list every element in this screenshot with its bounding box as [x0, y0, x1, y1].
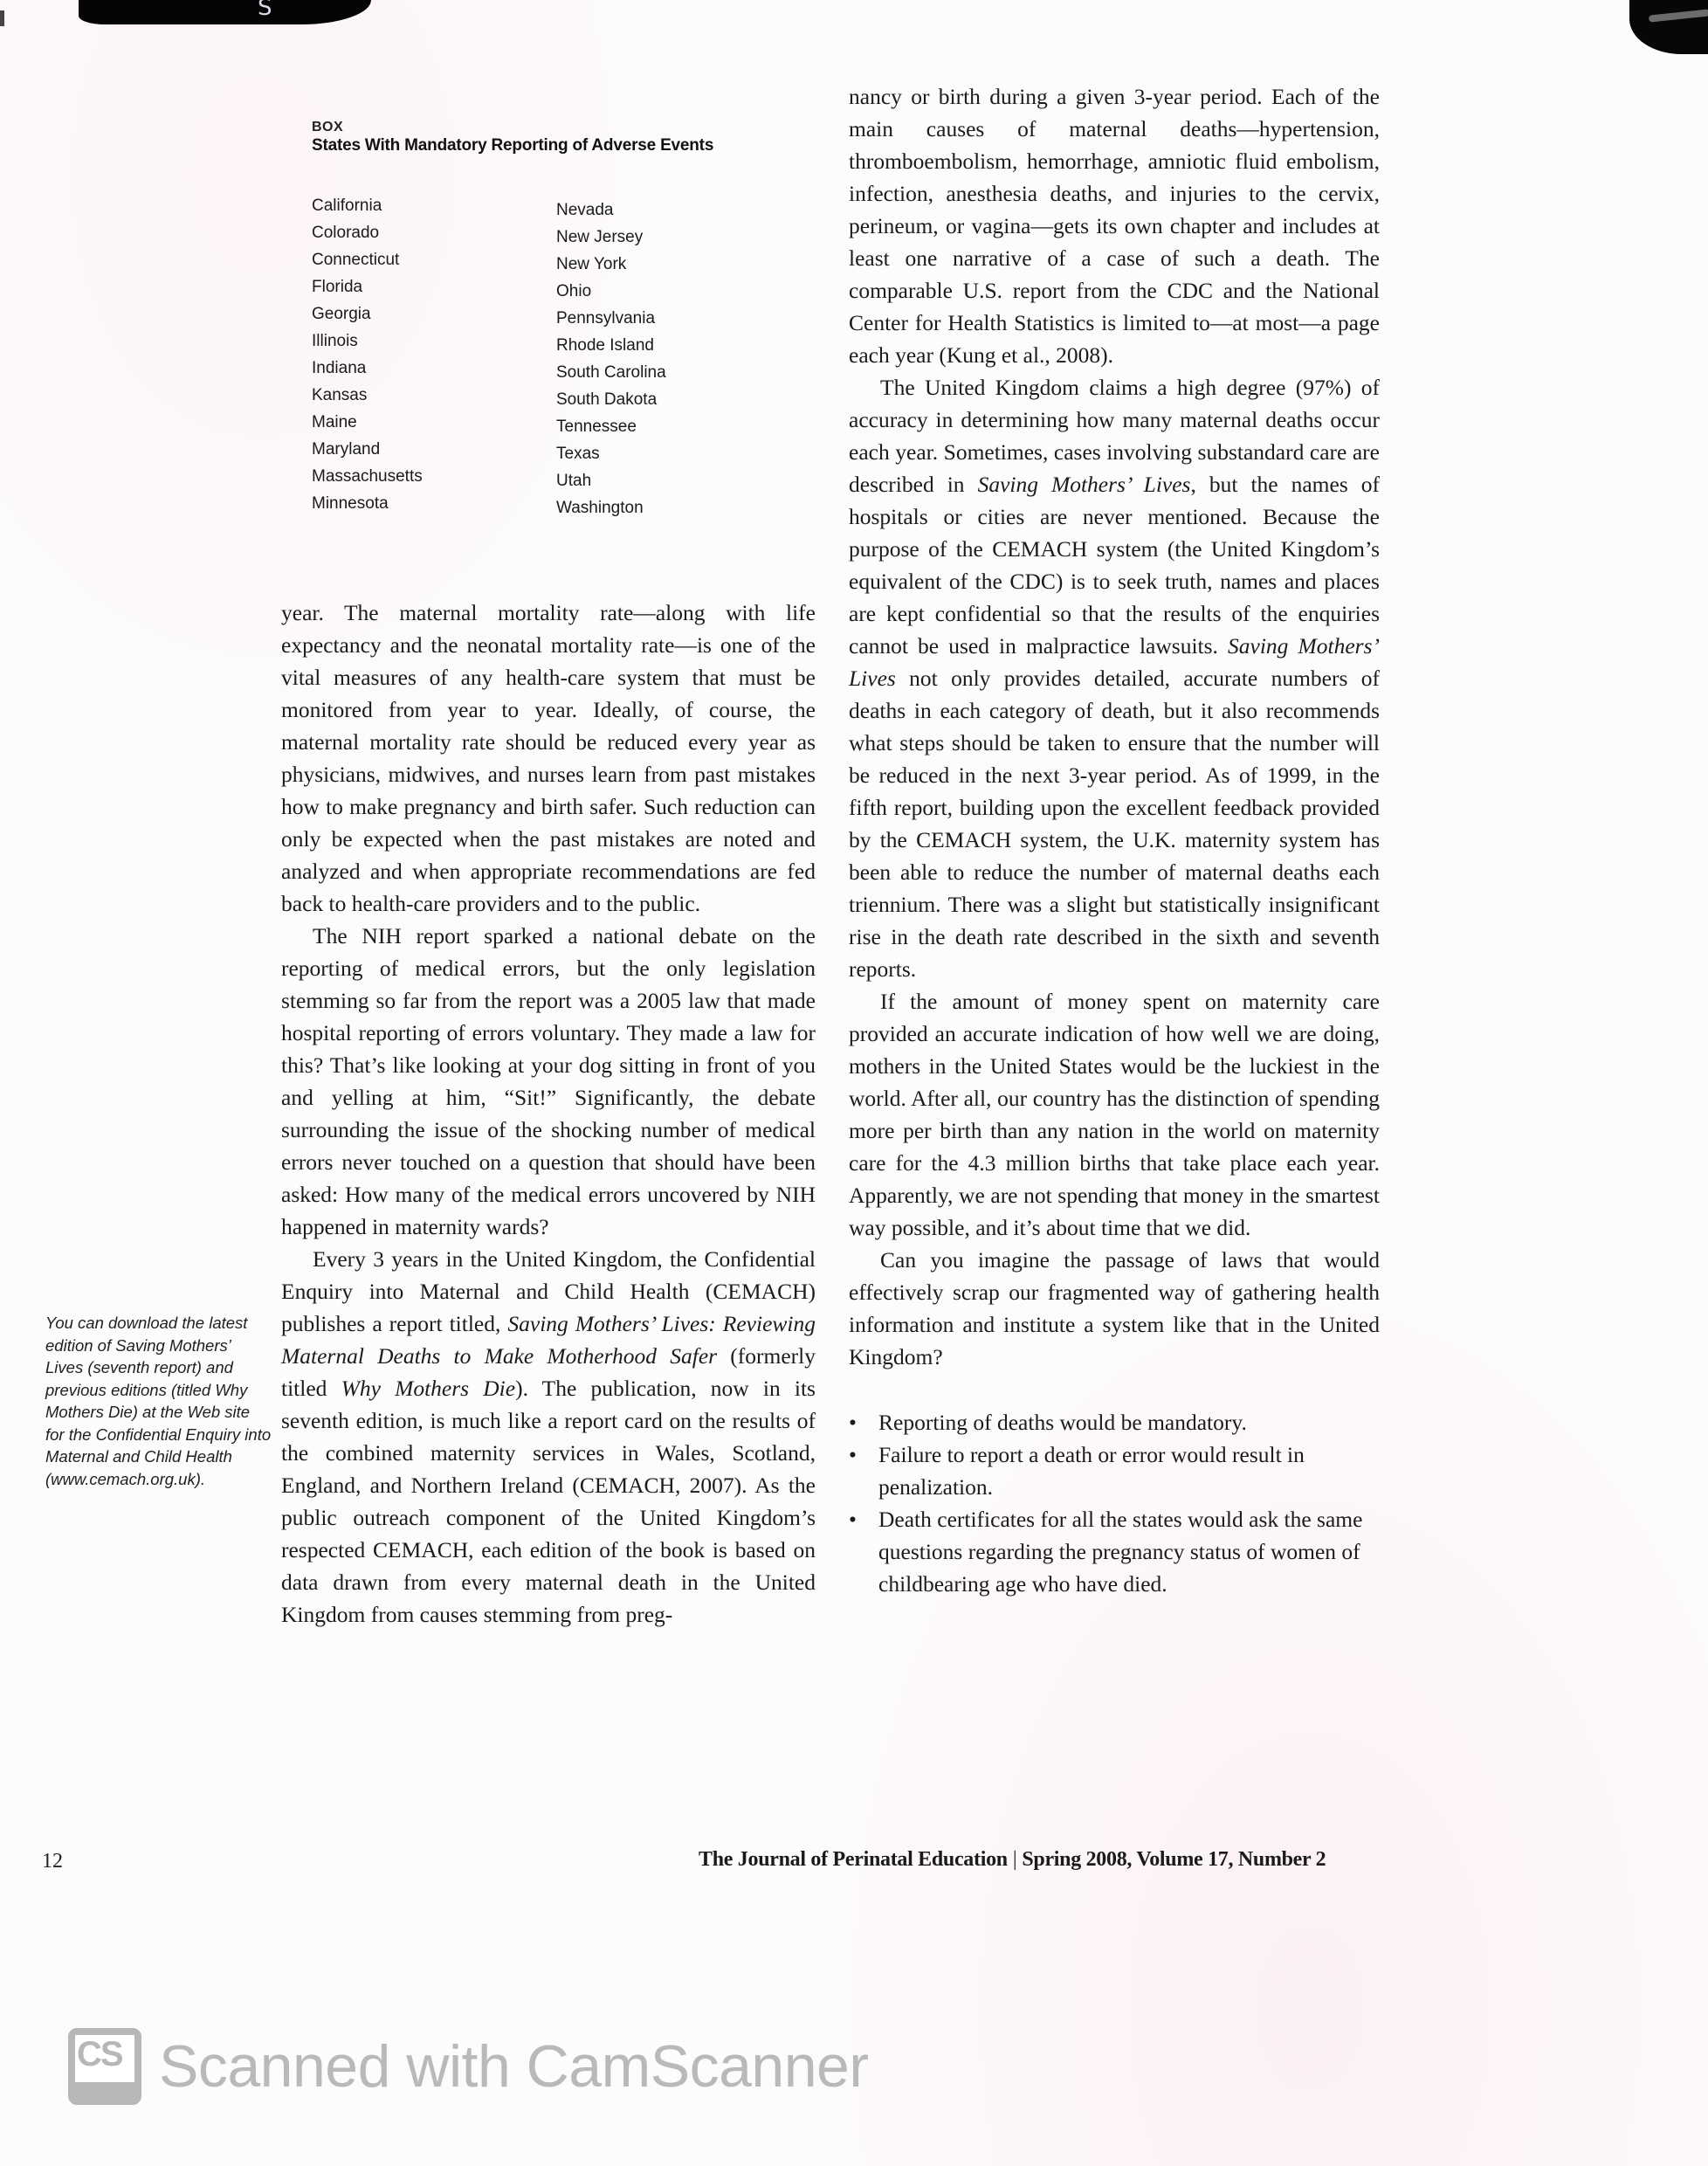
state-item: Texas [556, 440, 666, 467]
state-item: Rhode Island [556, 332, 666, 359]
states-list: California Colorado Connecticut Florida … [312, 192, 801, 521]
state-item: Ohio [556, 278, 666, 305]
state-item: Kansas [312, 382, 556, 409]
margin-note: You can download the latest edition of S… [45, 1312, 272, 1490]
state-item: New York [556, 251, 666, 278]
text-run: not only provides detailed, accurate num… [849, 666, 1380, 982]
state-item: New Jersey [556, 224, 666, 251]
states-column-right: Nevada New Jersey New York Ohio Pennsylv… [556, 197, 666, 521]
paragraph: The United Kingdom claims a high degree … [849, 371, 1380, 985]
logo-text: CS [77, 2035, 122, 2074]
state-item: Florida [312, 273, 556, 300]
state-item: Colorado [312, 219, 556, 246]
paragraph: The NIH report sparked a national debate… [281, 920, 816, 1243]
states-box: BOX States With Mandatory Reporting of A… [312, 120, 801, 521]
scan-artifact-top: S [79, 0, 371, 24]
bullet-item: Death certificates for all the states wo… [849, 1503, 1380, 1600]
state-item: Connecticut [312, 246, 556, 273]
state-item: South Carolina [556, 359, 666, 386]
state-item: Minnesota [312, 490, 556, 517]
box-title: States With Mandatory Reporting of Adver… [312, 136, 801, 155]
state-item: Illinois [312, 328, 556, 355]
running-footer: The Journal of Perinatal Education|Sprin… [699, 1848, 1326, 1872]
paragraph: nancy or birth during a given 3-year per… [849, 80, 1380, 371]
state-item: Maine [312, 409, 556, 436]
state-item: California [312, 192, 556, 219]
state-item: Maryland [312, 436, 556, 463]
paragraph: Can you imagine the passage of laws that… [849, 1244, 1380, 1373]
state-item: Georgia [312, 300, 556, 328]
state-item: Nevada [556, 197, 666, 224]
page-number: 12 [42, 1850, 63, 1873]
camscanner-watermark: CS Scanned with CamScanner [68, 2028, 869, 2105]
state-item: Massachusetts [312, 463, 556, 490]
bullet-list: Reporting of deaths would be mandatory. … [849, 1406, 1380, 1600]
state-item: South Dakota [556, 386, 666, 413]
report-title: Saving Mothers’ Lives [978, 472, 1191, 497]
paragraph: year. The maternal mortality rate—along … [281, 597, 816, 920]
footer-separator: | [1013, 1848, 1017, 1871]
box-label: BOX [312, 120, 801, 135]
states-column-left: California Colorado Connecticut Florida … [312, 192, 556, 521]
watermark-text: Scanned with CamScanner [159, 2032, 869, 2100]
bullet-item: Failure to report a death or error would… [849, 1438, 1380, 1503]
bullet-item: Reporting of deaths would be mandatory. [849, 1406, 1380, 1438]
state-item: Utah [556, 467, 666, 494]
state-item: Indiana [312, 355, 556, 382]
body-column-left: year. The maternal mortality rate—along … [281, 597, 816, 1631]
camscanner-logo-icon: CS [68, 2028, 141, 2105]
state-item: Pennsylvania [556, 305, 666, 332]
journal-name: The Journal of Perinatal Education [699, 1848, 1008, 1871]
paragraph: If the amount of money spent on maternit… [849, 985, 1380, 1244]
paragraph: Every 3 years in the United Kingdom, the… [281, 1243, 816, 1631]
state-item: Washington [556, 494, 666, 521]
text-run: ). The publication, now in its seventh e… [281, 1376, 816, 1627]
scan-edge-mark [0, 10, 4, 26]
scan-artifact-glyph: S [258, 0, 272, 21]
text-run: , but the names of hospitals or cities a… [849, 472, 1380, 659]
state-item: Tennessee [556, 413, 666, 440]
body-column-right: nancy or birth during a given 3-year per… [849, 80, 1380, 1600]
former-report-title: Why Mothers Die [341, 1376, 515, 1401]
issue-info: Spring 2008, Volume 17, Number 2 [1022, 1848, 1326, 1871]
